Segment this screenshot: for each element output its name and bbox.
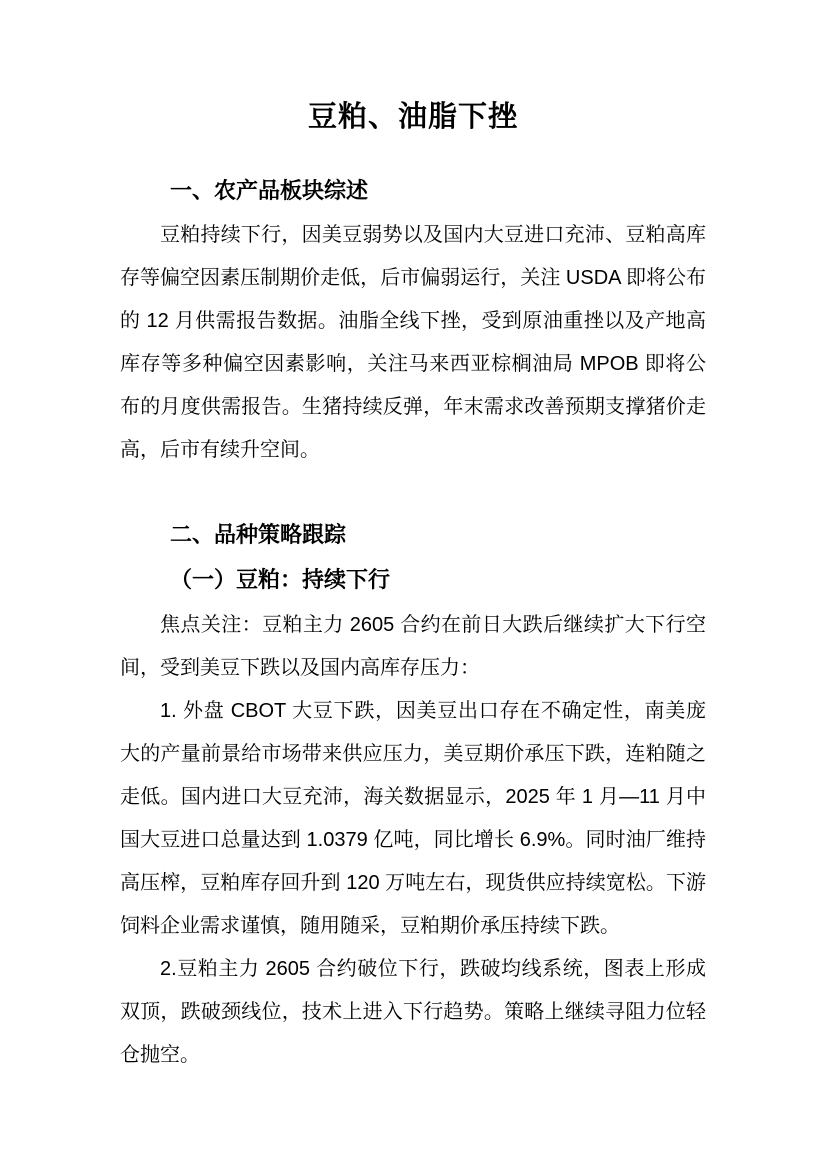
section-heading-strategy-tracking: 二、品种策略跟踪	[120, 521, 706, 549]
paragraph-agri-overview: 豆粕持续下行，因美豆弱势以及国内大豆进口充沛、豆粕高库存等偏空因素压制期价走低，…	[120, 214, 706, 472]
document-page: 豆粕、油脂下挫 一、农产品板块综述 豆粕持续下行，因美豆弱势以及国内大豆进口充沛…	[0, 0, 826, 1169]
paragraph-point-1: 1. 外盘 CBOT 大豆下跌，因美豆出口存在不确定性，南美庞大的产量前景给市场…	[120, 690, 706, 948]
paragraph-point-2: 2.豆粕主力 2605 合约破位下行，跌破均线系统，图表上形成双顶，跌破颈线位，…	[120, 948, 706, 1077]
paragraph-focus: 焦点关注：豆粕主力 2605 合约在前日大跌后继续扩大下行空间，受到美豆下跌以及…	[120, 604, 706, 690]
section-heading-agri-overview: 一、农产品板块综述	[120, 177, 706, 205]
subsection-heading-soymeal: （一）豆粕：持续下行	[120, 566, 706, 594]
document-title: 豆粕、油脂下挫	[120, 95, 706, 139]
